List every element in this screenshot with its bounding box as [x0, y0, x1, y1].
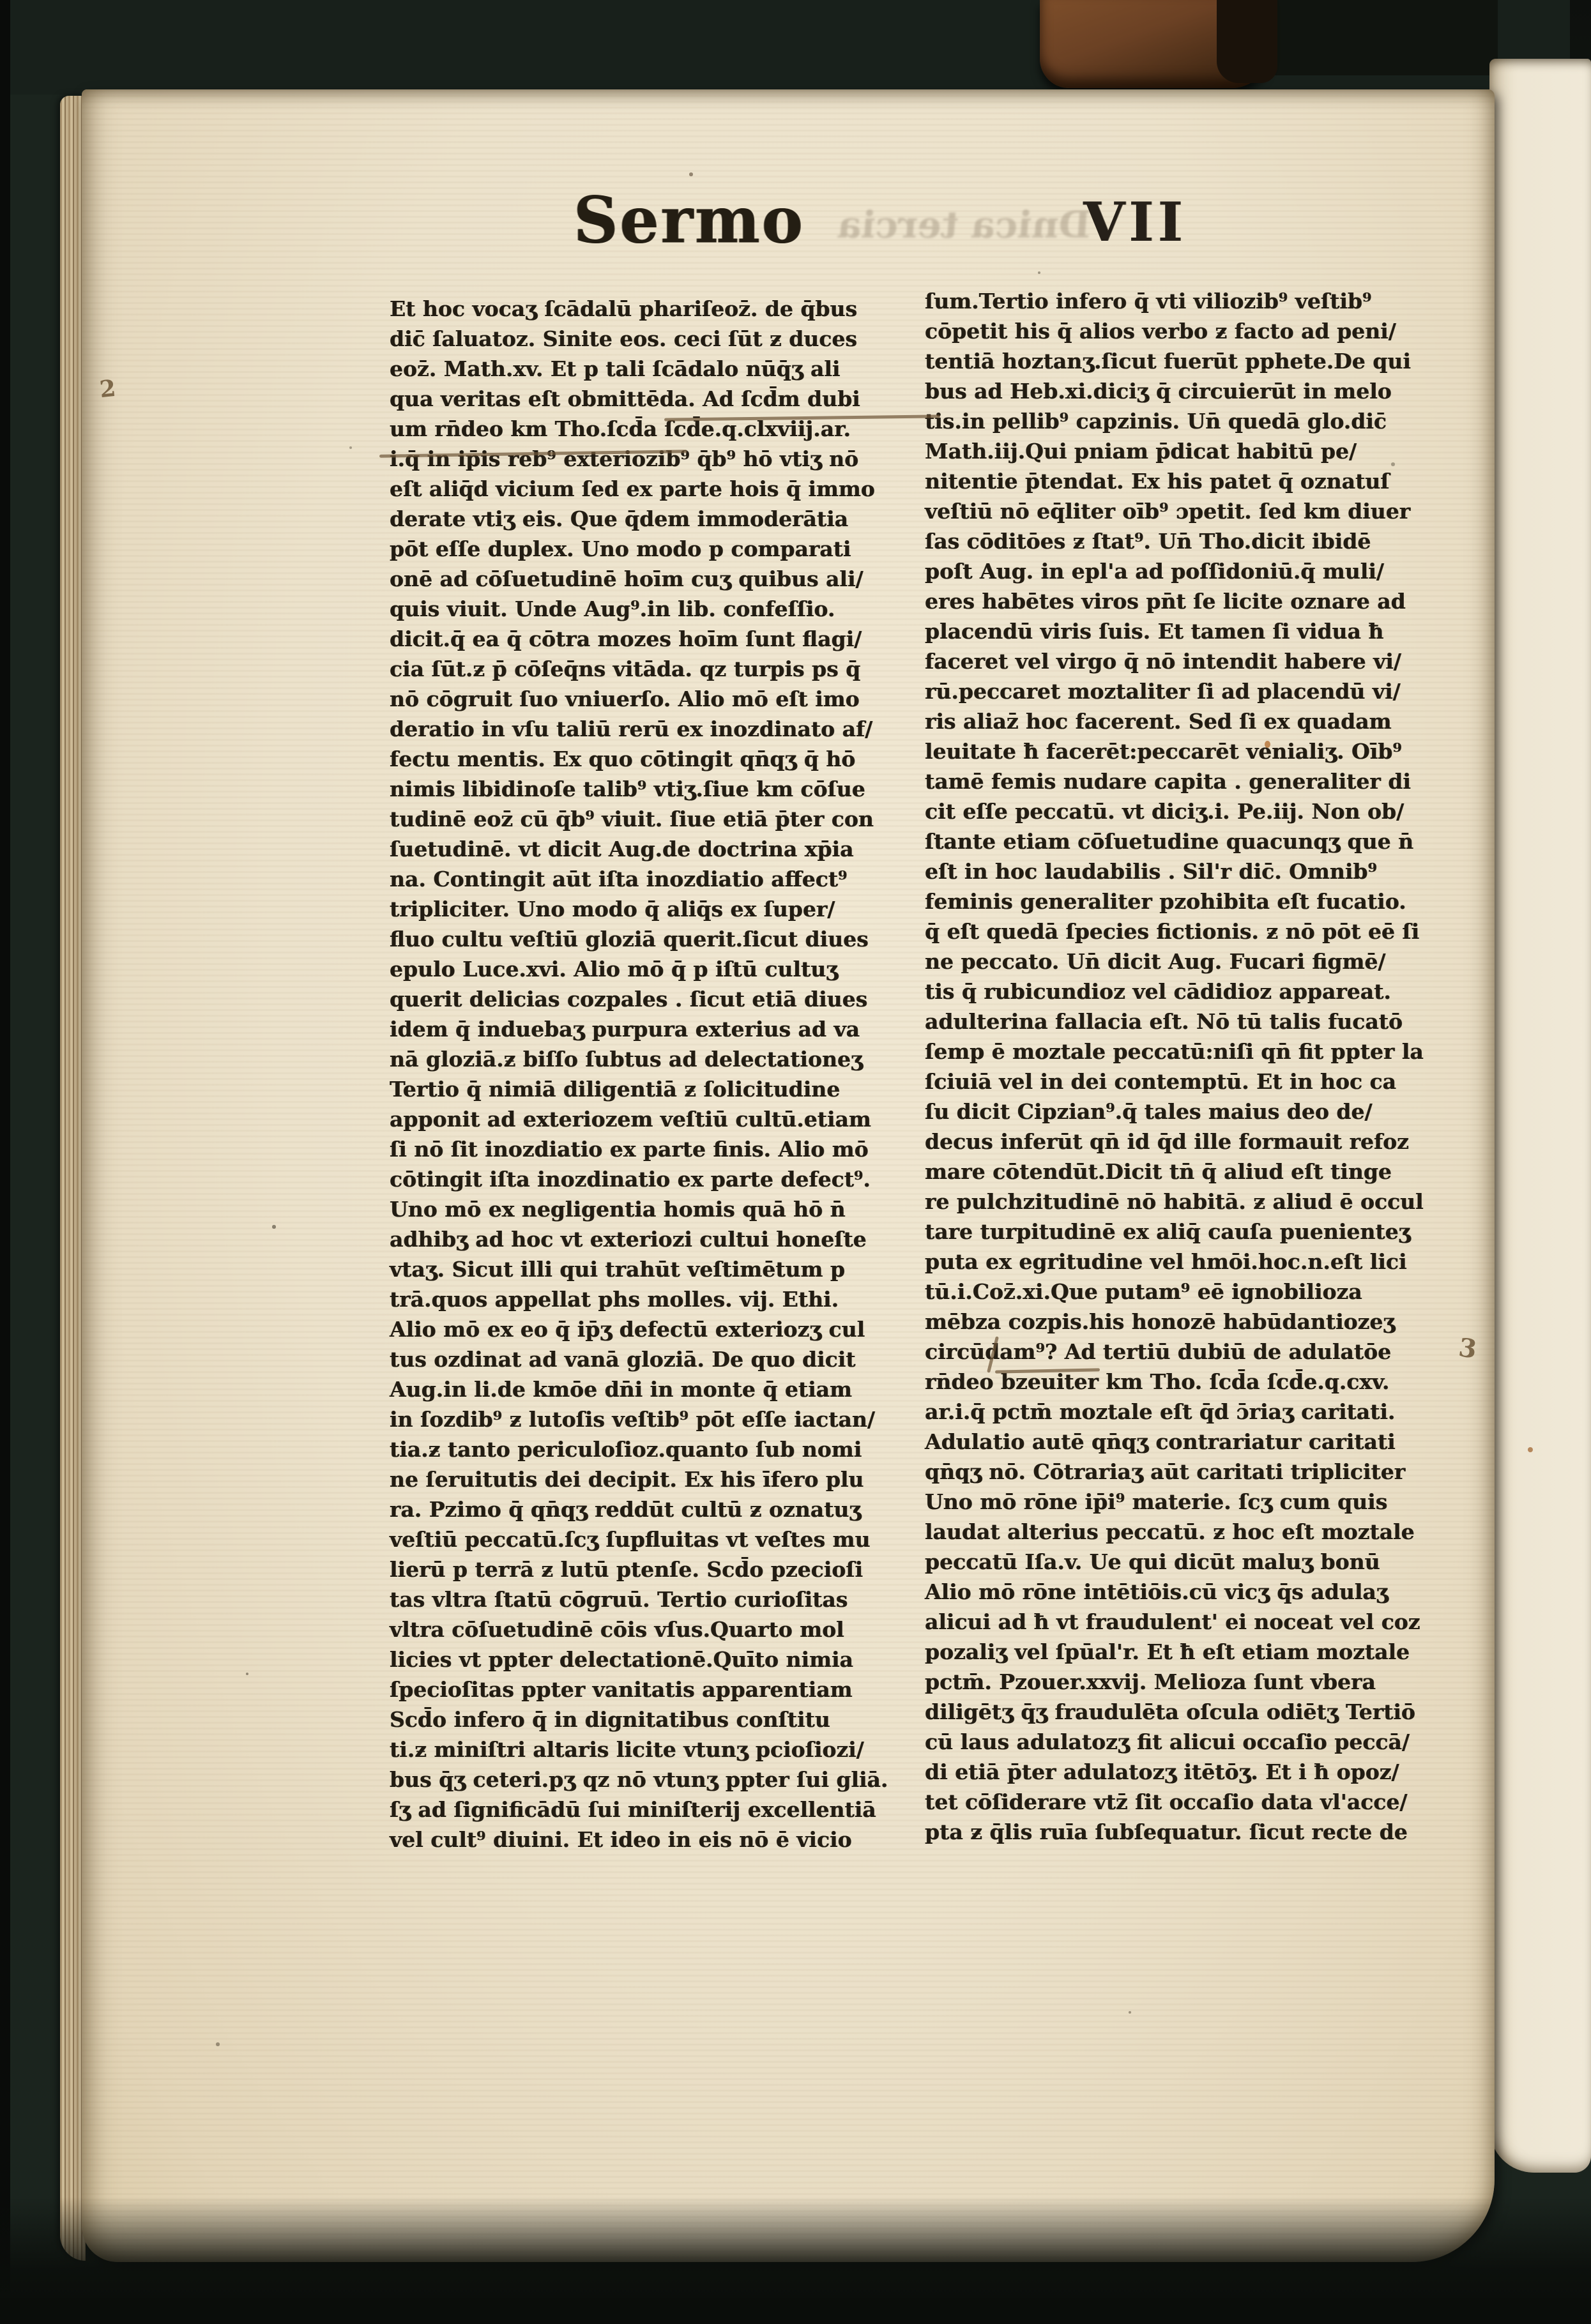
text-line: ſum.Tertio infero q̄ vti viliozib⁹ veſti…: [925, 286, 1437, 316]
text-line: Scd̄o infero q̄ in dignitatibus conſtitu: [390, 1705, 918, 1735]
text-line: tū.i.Coz̄.xi.Que putam⁹ eē ignobilioza: [925, 1277, 1437, 1307]
text-line: epulo Luce.xvi. Alio mō q̄ p iſtū cultuʒ: [390, 954, 918, 984]
text-line: na. Contingit aūt iſta inozdiatio affect…: [390, 864, 918, 894]
text-line: placendū viris ſuis. Et tamen ſi vidua ħ: [925, 616, 1437, 646]
text-line: ti.ƶ miniſtri altaris licite vtunʒ pcioſ…: [390, 1735, 918, 1765]
text-line: Aug.in li.de kmōe dn̄i in monte q̄ etiam: [390, 1374, 918, 1404]
text-line: Et hoc vocaʒ ſcādalū phariſeoz̄. de q̄bu…: [390, 294, 918, 324]
text-line: bus q̄ʒ ceteri.pʒ qz nō vtunʒ ppter ſui …: [390, 1765, 918, 1795]
left-column: Et hoc vocaʒ ſcādalū phariſeoz̄. de q̄bu…: [390, 294, 918, 1858]
text-line: nitentie p̄tendat. Ex his patet q̄ oznat…: [925, 466, 1437, 496]
text-line: puta ex egritudine vel hmōi.hoc.n.eſt li…: [925, 1247, 1437, 1277]
text-line: Alio mō ex eo q̄ ip̄ʒ defectū exteriozʒ …: [390, 1314, 918, 1344]
text-line: ſi nō ſit inozdiatio ex parte finis. Ali…: [390, 1134, 918, 1164]
text-line: quis viuit. Unde Aug⁹.in lib. confeſſio.: [390, 594, 918, 624]
text-line: ſu dicit Cipzian⁹.q̄ tales maius deo de/: [925, 1097, 1437, 1127]
text-line: decus inferūt qn̄ id q̄d ille formauit r…: [925, 1127, 1437, 1157]
text-line: Uno mō rōne ip̄i⁹ materie. ſcʒ cum quis: [925, 1487, 1437, 1517]
text-line: peccatū Iſa.v. Ue qui dicūt maluʒ bonū: [925, 1547, 1437, 1577]
text-line: mēbza cozpis.his honozē habūdantiozeʒ: [925, 1307, 1437, 1337]
under-leaf-fore-edge: [1489, 59, 1591, 2173]
ink-specks: [82, 89, 83, 91]
text-line: tas vltra ſtatū cōgruū. Tertio curioſita…: [390, 1584, 918, 1614]
text-line: pōt eſſe duplex. Uno modo p comparati: [390, 534, 918, 564]
text-line: qn̄qʒ nō. Cōtrariaʒ aūt caritati triplic…: [925, 1457, 1437, 1487]
text-line: nimis libidinoſe talib⁹ vtiʒ.ſiue km cōſ…: [390, 774, 918, 804]
text-line: cōtingit iſta inozdinatio ex parte defec…: [390, 1164, 918, 1194]
text-line: laudat alterius peccatū. ƶ hoc eſt mozta…: [925, 1517, 1437, 1547]
text-line: Uno mō ex negligentia homis quā hō n̄: [390, 1194, 918, 1224]
text-line: tus ozdinat ad vanā gloziā. De quo dicit: [390, 1344, 918, 1374]
text-line: ſciuiā vel in dei contemptū. Et in hoc c…: [925, 1067, 1437, 1097]
text-line: leuitate ħ facerēt:peccarēt venialiʒ. Oī…: [925, 736, 1437, 766]
text-line: ſemp ē moztale peccatū:niſi qn̄ fit ppte…: [925, 1037, 1437, 1067]
frame-edge-left: [0, 0, 10, 2324]
text-line: faceret vel virgo q̄ nō intendit habere …: [925, 646, 1437, 676]
text-line: mare cōtendūt.Dicit tn̄ q̄ aliud eſt tin…: [925, 1157, 1437, 1187]
frame-edge-bottom: [0, 2298, 1591, 2324]
text-line: feminis generaliter pzohibita eſt fucati…: [925, 886, 1437, 916]
text-line: in ſozdib⁹ ƶ lutoſis veſtib⁹ pōt eſſe ia…: [390, 1404, 918, 1434]
text-line: pozaliʒ vel ſpūal'r. Et ħ eſt etiam mozt…: [925, 1637, 1437, 1667]
text-line: apponit ad exteriozem veſtiū cultū.etiam: [390, 1104, 918, 1134]
text-line: ar.i.q̄ pctm̄ moztale eſt q̄d ɔ̄riaʒ car…: [925, 1397, 1437, 1427]
margin-annotation-right: 3: [1457, 1332, 1479, 1364]
text-line: eſt aliq̄d vicium ſed ex parte hois q̄ i…: [390, 474, 918, 504]
text-line: circūdam⁹? Ad tertiū dubiū de adulatōe: [925, 1337, 1437, 1367]
text-line: eſt in hoc laudabilis . Sil'r dic̄. Omni…: [925, 856, 1437, 886]
text-line: veſtiū nō eq̄liter oīb⁹ ɔpetit. ſed km d…: [925, 496, 1437, 526]
text-line: bus ad Heb.xi.diciʒ q̄ circuierūt in mel…: [925, 376, 1437, 406]
text-line: ra. Pzimo q̄ qn̄qʒ reddūt cultū ƶ oznatu…: [390, 1494, 918, 1524]
text-line: veſtiū peccatū.ſcʒ ſupfluitas vt veſtes …: [390, 1524, 918, 1554]
text-line: fectu mentis. Ex quo cōtingit qn̄qʒ q̄ h…: [390, 744, 918, 774]
text-line: tis q̄ rubicundioz vel cādidioz appareat…: [925, 976, 1437, 1006]
paper-blemish: [1528, 1447, 1533, 1452]
text-line: tis.in pellib⁹ capzinis. Un̄ quedā glo.d…: [925, 406, 1437, 436]
text-line: adhibʒ ad hoc vt exteriozi cultui honeſt…: [390, 1224, 918, 1254]
text-line: ſas cōditōes ƶ ſtat⁹. Un̄ Tho.dicit ibid…: [925, 526, 1437, 556]
text-line: q̄ eſt quedā ſpecies fictionis. ƶ nō pōt…: [925, 916, 1437, 946]
text-line: tet cōſiderare vtz̄ ſit occaſio data vl'…: [925, 1787, 1437, 1817]
text-line: ſuetudinē. vt dicit Aug.de doctrina xp̄i…: [390, 834, 918, 864]
text-line: querit delicias cozpales . ſicut etiā di…: [390, 984, 918, 1014]
text-line: ſʒ ad ſignificādū ſui miniſterij excelle…: [390, 1795, 918, 1825]
text-line: adulterina fallacia eſt. Nō tū talis fuc…: [925, 1006, 1437, 1037]
text-line: re pulchzitudinē nō habitā. ƶ aliud ē oc…: [925, 1187, 1437, 1217]
text-line: alicui ad ħ vt fraudulent' ei noceat vel…: [925, 1607, 1437, 1637]
text-line: i.q̄ in ip̄is reb⁹ exteriozib⁹ q̄b⁹ hō v…: [390, 444, 918, 474]
background-mat-shadow: [1268, 0, 1498, 75]
text-line: tripliciter. Uno modo q̄ aliq̄s ex ſuper…: [390, 894, 918, 924]
text-line: Math.iij.Qui pniam p̄dicat habitū pe/: [925, 436, 1437, 466]
text-line: poſt Aug. in epl'a ad poſſidoniū.q̄ muli…: [925, 556, 1437, 586]
text-line: nō cōgruit ſuo vniuerſo. Alio mō eſt imo: [390, 684, 918, 714]
margin-annotation-left: 2: [98, 375, 117, 403]
paper-blemish: [1265, 741, 1270, 748]
text-line: pctm̄. Pzouer.xxvij. Melioza ſunt vbera: [925, 1667, 1437, 1697]
text-line: fluo cultu veſtiū gloziā querit.ſicut di…: [390, 924, 918, 954]
text-line: ris aliaz̄ hoc facerent. Sed ſi ex quada…: [925, 706, 1437, 736]
text-line: cit eſſe peccatū. vt diciʒ.i. Pe.iij. No…: [925, 796, 1437, 826]
text-line: tia.ƶ tanto periculoſioz.quanto ſub nomi: [390, 1434, 918, 1464]
text-line: qua veritas eſt obmittēda. Ad ſcd̄m dubi: [390, 384, 918, 414]
text-line: ſtante etiam cōſuetudine quacunqʒ que n̄: [925, 826, 1437, 856]
text-line: rū.peccaret moztaliter ſi ad placendū vi…: [925, 676, 1437, 706]
text-line: eres habētes viros pn̄t ſe licite oznare…: [925, 586, 1437, 616]
text-line: deratio in vſu taliū rerū ex inozdinato …: [390, 714, 918, 744]
text-line: ne ſeruitutis dei decipit. Ex his īfero …: [390, 1464, 918, 1494]
text-line: vtaʒ. Sicut illi qui trahūt veſtimētum p: [390, 1254, 918, 1284]
text-line: dicit.q̄ ea q̄ cōtra mozes hoīm ſunt fla…: [390, 624, 918, 654]
text-line: tamē femis nudare capita . generaliter d…: [925, 766, 1437, 796]
page-number: VII: [1083, 190, 1187, 254]
book-page: Dnica tercia Sermo VII Et hoc vocaʒ ſcād…: [82, 89, 1495, 2262]
text-line: derate vtiʒ eis. Que q̄dem immoderātia: [390, 504, 918, 534]
text-line: cia ſūt.ƶ p̄ cōſeq̄ns vitāda. qz turpis …: [390, 654, 918, 684]
text-line: nā gloziā.ƶ biſſo ſubtus ad delectatione…: [390, 1044, 918, 1074]
text-line: eoz̄. Math.xv. Et p tali ſcādalo nūq̄ʒ a…: [390, 354, 918, 384]
text-line: dic̄ ſaluatoz. Sinite eos. ceci ſūt ƶ du…: [390, 324, 918, 354]
text-line: di etiā p̄ter adulatozʒ itētōʒ. Et i ħ o…: [925, 1757, 1437, 1787]
text-line: tare turpitudinē ex aliq̄ cauſa puenient…: [925, 1217, 1437, 1247]
binding-leather-shadow: [1217, 0, 1277, 83]
page-title: Sermo: [574, 183, 848, 258]
text-line: pta ƶ q̄lis ruīa ſubſequatur. ſicut rect…: [925, 1817, 1437, 1847]
right-column: ſum.Tertio infero q̄ vti viliozib⁹ veſti…: [925, 286, 1437, 1851]
text-line: vel cult⁹ diuini. Et ideo in eis nō ē vi…: [390, 1825, 918, 1855]
text-line: cū laus adulatozʒ fit alicui occaſio pec…: [925, 1727, 1437, 1757]
frame-edge-bottom-shadow: [0, 2197, 1591, 2299]
text-line: cōpetit his q̄ alios verbo ƶ facto ad pe…: [925, 316, 1437, 346]
text-line: onē ad cōſuetudinē hoīm cuʒ quibus ali/: [390, 564, 918, 594]
text-line: idem q̄ induebaʒ purpura exterius ad va: [390, 1014, 918, 1044]
text-line: ſpecioſitas ppter vanitatis apparentiam: [390, 1675, 918, 1705]
text-line: trā.quos appellat phs molles. vij. Ethi.: [390, 1284, 918, 1314]
text-line: ne peccato. Un̄ dicit Aug. Fucari figmē/: [925, 946, 1437, 976]
text-line: tentiā hoztanʒ.ſicut fuerūt pphete.De qu…: [925, 346, 1437, 376]
text-line: Adulatio autē qn̄qʒ contrariatur caritat…: [925, 1427, 1437, 1457]
text-line: lierū p terrā ƶ lutū ptenſe. Scd̄o pzeci…: [390, 1554, 918, 1584]
text-line: Alio mō rōne intētiōis.cū vicʒ q̄s adula…: [925, 1577, 1437, 1607]
book-photograph: Dnica tercia Sermo VII Et hoc vocaʒ ſcād…: [0, 0, 1591, 2324]
text-line: licies vt ppter delectationē.Quīto nimia: [390, 1644, 918, 1675]
text-line: Tertio q̄ nimiā diligentiā ƶ ſolicitudin…: [390, 1074, 918, 1104]
text-line: vltra cōſuetudinē cōis vſus.Quarto mol: [390, 1614, 918, 1644]
text-line: diligētʒ q̄ʒ fraudulēta oſcula odiētʒ Te…: [925, 1697, 1437, 1727]
text-line: tudinē eoz̄ cū q̄b⁹ viuit. ſiue etiā p̄t…: [390, 804, 918, 834]
